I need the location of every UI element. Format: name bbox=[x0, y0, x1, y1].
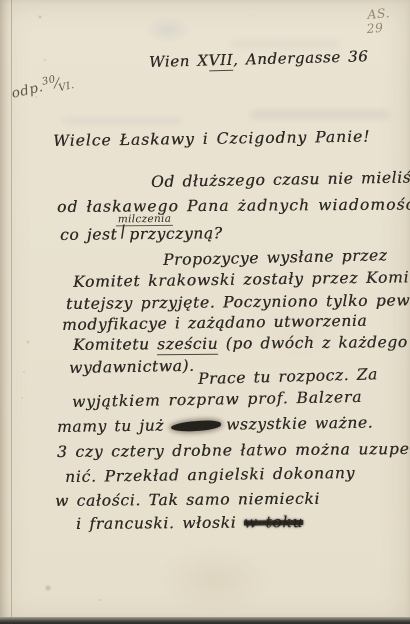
reply-note-prefix: odp. bbox=[10, 79, 45, 102]
scan-bottom-edge bbox=[0, 617, 410, 624]
letter-page: AS. 29 Wien XVII, Andergasse 36 odp.30⁄V… bbox=[0, 0, 410, 624]
body-line: modyfikacye i zażądano utworzenia bbox=[62, 312, 367, 334]
ink-blot bbox=[171, 419, 222, 432]
body-line-with-strikethrough: i francuski. włoski w toku bbox=[76, 513, 303, 533]
body-line: Od dłuższego czasu nie mieliśmy bbox=[151, 168, 410, 191]
body-line-with-insertion: co jest/przyczyną? milczenia bbox=[60, 224, 223, 244]
body-line: wyjątkiem rozpraw prof. Balzera bbox=[72, 388, 363, 411]
body-line: w całości. Tak samo niemiecki bbox=[55, 490, 320, 510]
body-text: mamy tu już bbox=[57, 417, 164, 436]
body-line: nić. Przekład angielski dokonany bbox=[65, 464, 355, 486]
ink-showthrough-smudge bbox=[62, 117, 182, 125]
body-text: co jest bbox=[60, 225, 117, 244]
body-text: (po dwóch z każdego bbox=[218, 333, 408, 353]
inserted-word: milczenia bbox=[116, 213, 174, 227]
ink-showthrough-smudge bbox=[250, 110, 390, 119]
body-line-with-underline: Komitetu sześciu (po dwóch z każdego bbox=[73, 333, 408, 354]
body-line-with-redaction: mamy tu jużwszystkie ważne. bbox=[57, 414, 373, 436]
salutation-line: Wielce Łaskawy i Czcigodny Panie! bbox=[53, 128, 371, 150]
body-text: Komitetu bbox=[73, 335, 157, 354]
page-left-edge-shade bbox=[0, 0, 9, 624]
body-line: wydawnictwa). bbox=[69, 357, 195, 377]
body-line: od łaskawego Pana żadnych wiadomości; bbox=[57, 195, 410, 216]
reply-note-month: VI. bbox=[58, 80, 76, 94]
dateline: Wien XVII, Andergasse 36 bbox=[149, 47, 369, 71]
body-text: i francuski. włoski bbox=[76, 514, 244, 533]
dateline-district-underlined: VII bbox=[208, 51, 233, 72]
dateline-street: , Andergasse 36 bbox=[233, 47, 369, 69]
body-text: przyczyną? bbox=[129, 224, 223, 243]
ink-showthrough-smudge bbox=[230, 40, 340, 48]
body-line: tutejszy przyjęte. Poczyniono tylko pewn… bbox=[66, 291, 410, 313]
reply-note: odp.30⁄VI. bbox=[10, 70, 76, 105]
body-line: Komitet krakowski zostały przez Komitet bbox=[73, 268, 410, 291]
body-line: Propozycye wysłane przez bbox=[163, 246, 388, 269]
underlined-word: sześciu bbox=[157, 335, 218, 356]
body-line: 3 czy cztery drobne łatwo można uzupeł- bbox=[57, 440, 410, 461]
body-line: Prace tu rozpocz. Za bbox=[198, 365, 378, 388]
dateline-city: Wien X bbox=[149, 51, 209, 71]
body-text: wszystkie ważne. bbox=[226, 414, 373, 434]
struck-word: w toku bbox=[244, 513, 303, 532]
archive-mark-line2: 29 bbox=[366, 20, 392, 36]
archive-mark: AS. 29 bbox=[367, 6, 392, 36]
